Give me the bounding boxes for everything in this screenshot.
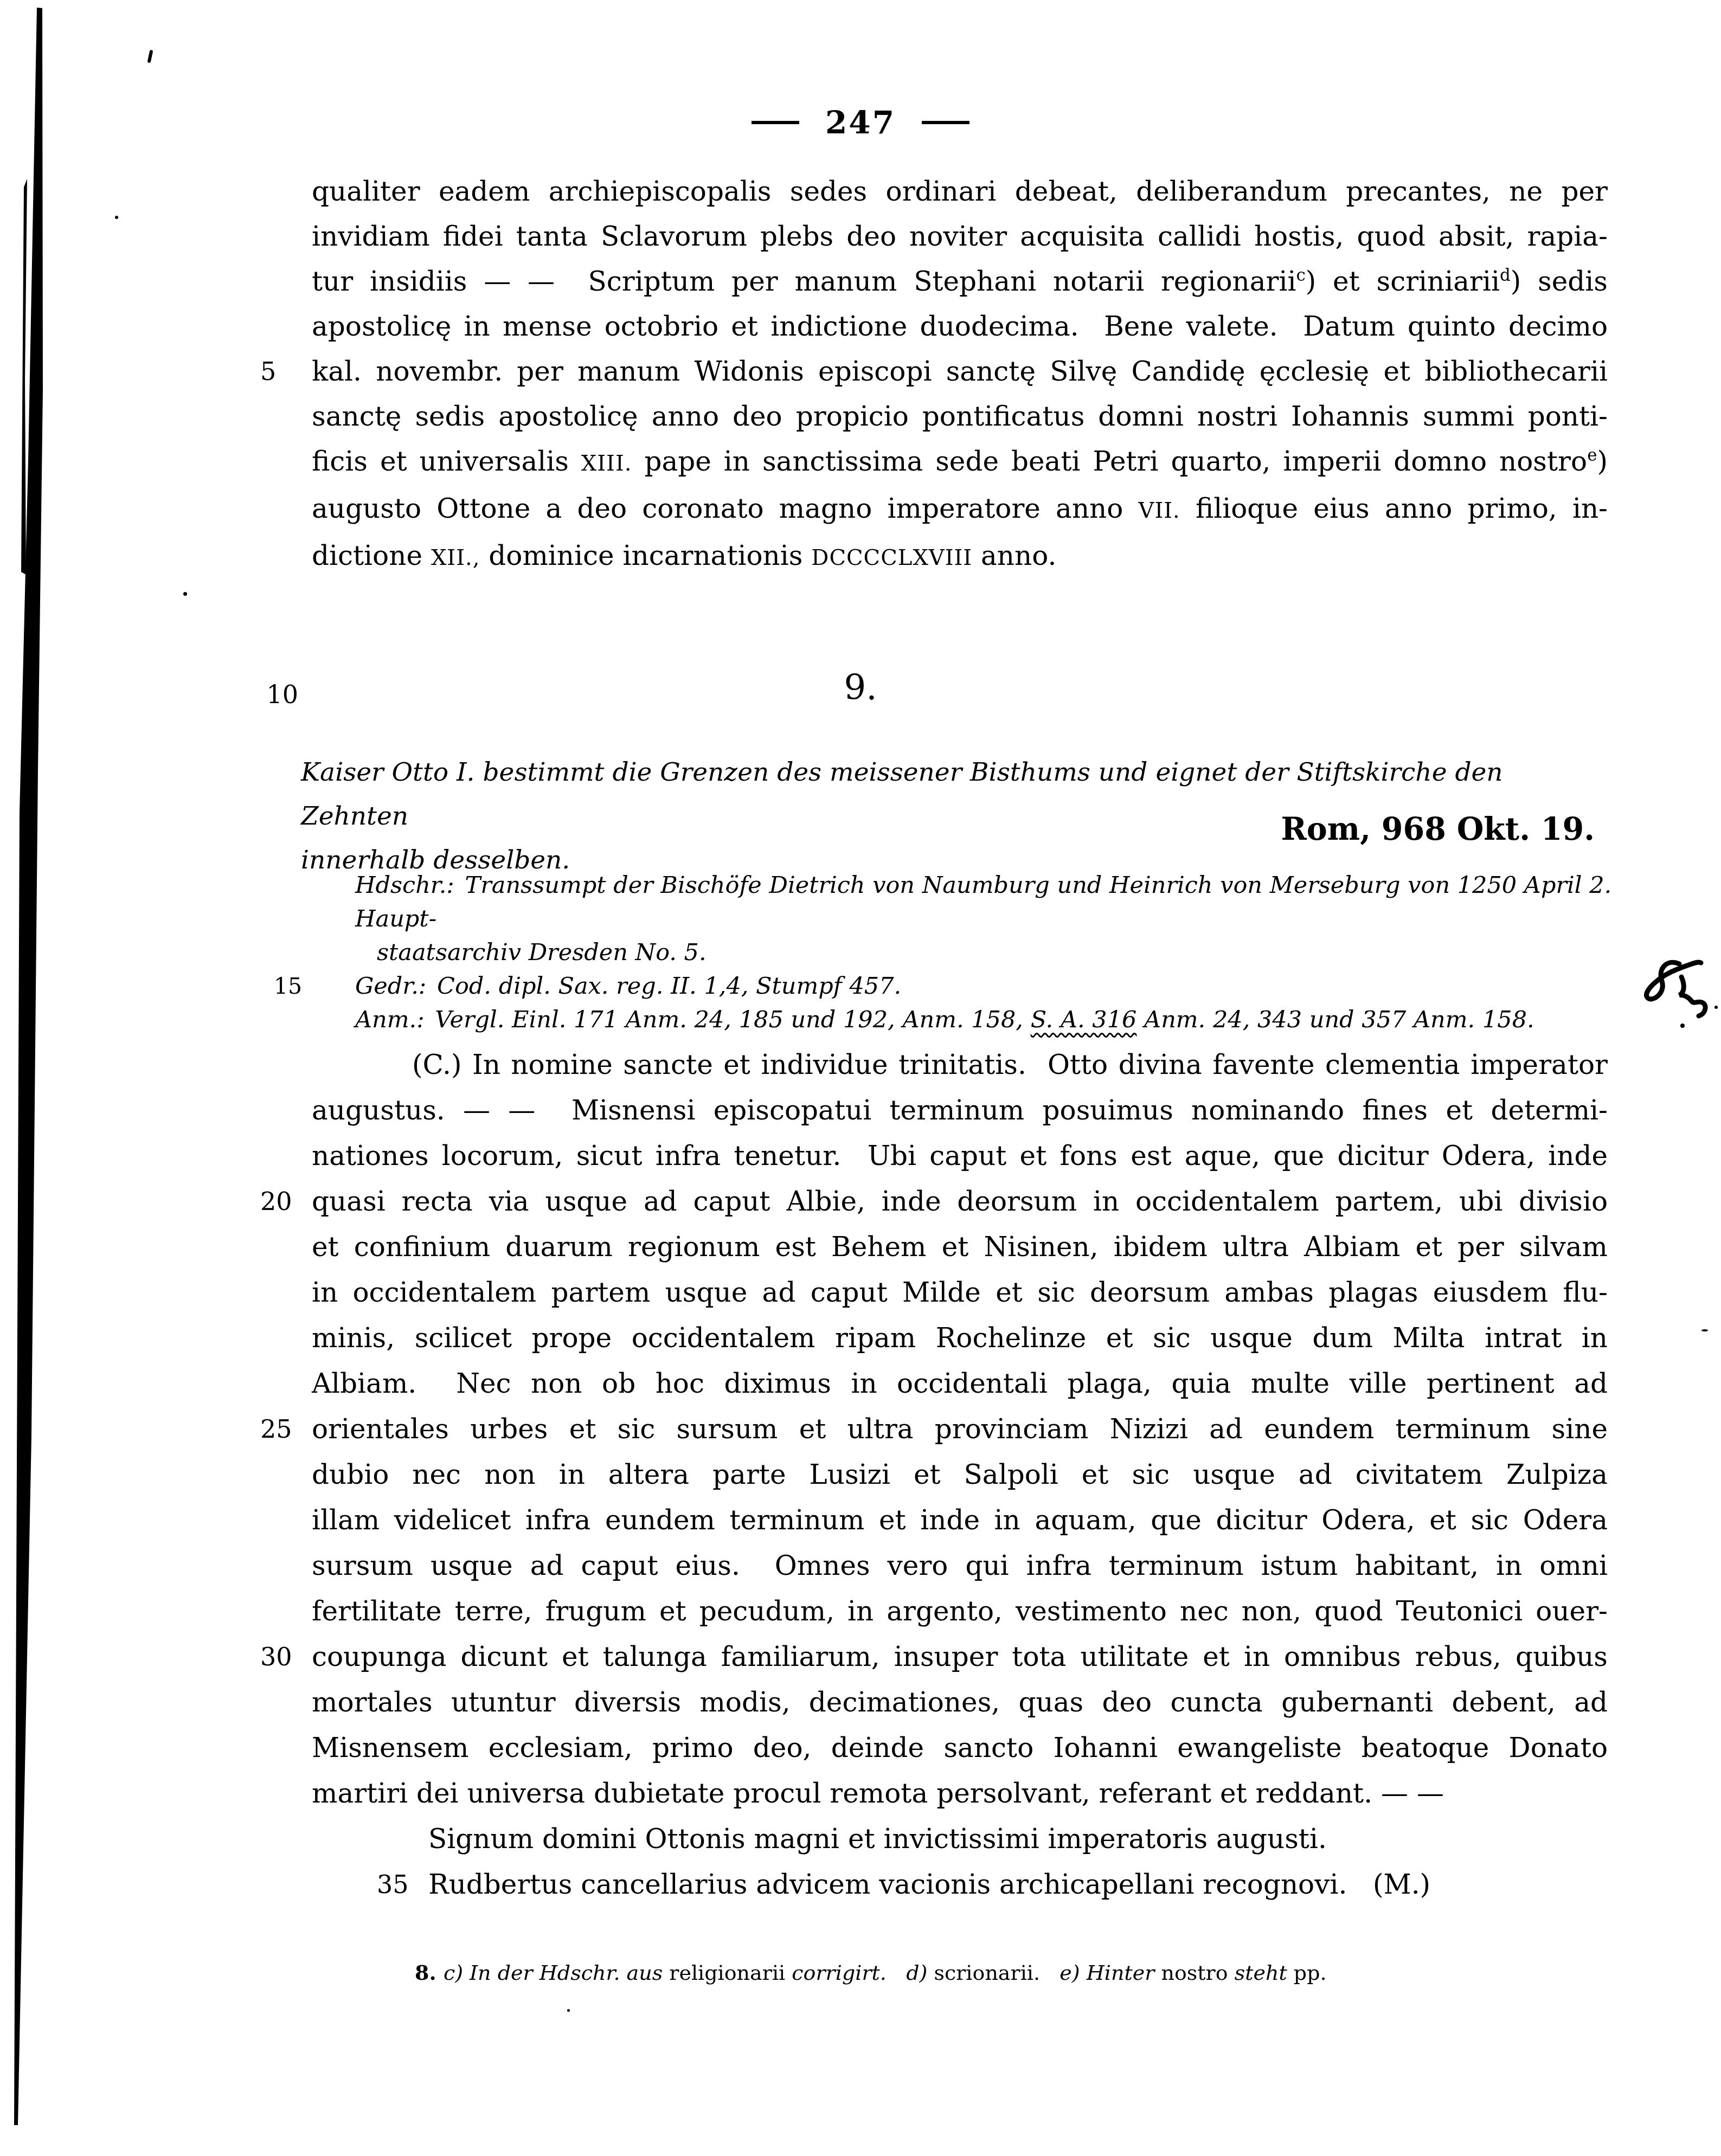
text-run: Rudbertus cancellarius advicem vacionis … [428, 1869, 1430, 1900]
text-run: Anm.: [355, 1006, 432, 1033]
text-run: filioque eius anno primo, in- [1180, 493, 1608, 524]
header-rule-right [922, 121, 969, 124]
text-run: Albiam. Nec non ob hoc diximus in occide… [312, 1368, 1608, 1399]
text-run: Gedr.: [355, 973, 434, 1000]
text-run: e [1587, 446, 1597, 465]
text-run: XII., [431, 545, 480, 570]
text-run: dubio nec non in altera parte Lusizi et … [312, 1459, 1608, 1490]
text-line: Albiam. Nec non ob hoc diximus in occide… [312, 1361, 1608, 1406]
text-run: dominice incarnationis [480, 540, 811, 571]
text-run: ) [1597, 446, 1608, 477]
scan-speck [567, 2009, 570, 2012]
text-run: Misnensem ecclesiam, primo deo, deinde s… [312, 1732, 1608, 1764]
text-run: Cod. dipl. Sax. reg. II. 1,4, Stumpf 457… [437, 973, 901, 1000]
text-run: dictione [312, 540, 431, 571]
text-run: in occidentalem partem usque ad caput Mi… [312, 1277, 1608, 1308]
text-run: ficis et universalis [312, 446, 581, 477]
text-line: 15Gedr.: Cod. dipl. Sax. reg. II. 1,4, S… [355, 969, 1613, 1003]
margin-line-number: 10 [260, 680, 298, 709]
charter-9-text: (C.) In nomine sancte et individue trini… [312, 1042, 1608, 1907]
text-run: sursum usque ad caput eius. Omnes vero q… [312, 1550, 1608, 1581]
scan-speck [115, 216, 118, 219]
text-line: 20quasi recta via usque ad caput Albie, … [312, 1179, 1608, 1224]
scan-speck [147, 50, 153, 63]
margin-line-number: 30 [260, 1634, 298, 1679]
text-run: scrionarii. [934, 1961, 1059, 1985]
text-run: d [1500, 266, 1511, 285]
text-line: dubio nec non in altera parte Lusizi et … [312, 1452, 1608, 1497]
pencil-mark [1629, 943, 1721, 1041]
text-line: dictione XII., dominice incarnationis DC… [312, 533, 1608, 581]
text-line: sanctę sedis apostolicę anno deo propici… [312, 394, 1608, 439]
text-line: fertilitate terre, frugum et pecudum, in… [312, 1588, 1608, 1634]
text-line: ficis et universalis XIII. pape in sanct… [312, 439, 1608, 486]
book-page-scan: 247 qualiter eadem archiepiscopalis sede… [0, 0, 1721, 2156]
text-run: coupunga dicunt et talunga familiarum, i… [312, 1641, 1608, 1672]
text-run: DCCCCLXVIII [811, 545, 972, 570]
binding-shadow-artifact [0, 0, 70, 2156]
text-line: invidiam fidei tanta Sclavorum plebs deo… [312, 214, 1608, 259]
text-run: 8. [415, 1960, 444, 1985]
text-line: Hdschr.: Transsumpt der Bischöfe Dietric… [355, 868, 1613, 936]
apparatus-block: Hdschr.: Transsumpt der Bischöfe Dietric… [355, 868, 1613, 1037]
text-line: 8. c) In der Hdschr. aus religionarii co… [415, 1960, 1412, 1985]
text-line: (C.) In nomine sancte et individue trini… [312, 1042, 1608, 1087]
text-run: Hdschr.: [355, 872, 462, 899]
text-run: Hinter [1087, 1961, 1161, 1985]
text-line: 25orientales urbes et sic sursum et ultr… [312, 1406, 1608, 1452]
footnote: 8. c) In der Hdschr. aus religionarii co… [415, 1960, 1412, 1985]
text-run: staatsarchiv Dresden No. 5. [377, 939, 707, 966]
text-run: et confinium duarum regionum est Behem e… [312, 1231, 1608, 1263]
text-line: Signum domini Ottonis magni et invictiss… [312, 1816, 1608, 1862]
text-run: c [1296, 266, 1305, 285]
text-run: invidiam fidei tanta Sclavorum plebs deo… [312, 221, 1608, 252]
text-line: minis, scilicet prope occidentalem ripam… [312, 1315, 1608, 1361]
text-run: mortales utuntur diversis modis, decimat… [312, 1687, 1608, 1718]
text-run: martiri dei universa dubietate procul re… [312, 1778, 1444, 1809]
text-run: fertilitate terre, frugum et pecudum, in… [312, 1595, 1608, 1627]
text-run: illam videlicet infra eundem terminum et… [312, 1504, 1608, 1536]
text-line: in occidentalem partem usque ad caput Mi… [312, 1270, 1608, 1315]
scan-speck [183, 592, 187, 596]
margin-line-number: 5 [260, 349, 298, 394]
text-line: mortales utuntur diversis modis, decimat… [312, 1679, 1608, 1725]
text-run: augustus. — — Misnensi episcopatui termi… [312, 1095, 1608, 1126]
text-run: nationes locorum, sicut infra tenetur. U… [312, 1140, 1608, 1172]
text-line: sursum usque ad caput eius. Omnes vero q… [312, 1543, 1608, 1588]
text-line: tur insidiis — — Scriptum per manum Step… [312, 259, 1608, 304]
text-line: illam videlicet infra eundem terminum et… [312, 1497, 1608, 1543]
text-line: staatsarchiv Dresden No. 5. [355, 936, 1613, 969]
header-rule-left [752, 121, 799, 124]
text-line: nationes locorum, sicut infra tenetur. U… [312, 1133, 1608, 1179]
text-run: steht [1235, 1961, 1294, 1985]
text-run: ) sedis [1511, 266, 1608, 297]
text-run: VII. [1139, 498, 1180, 523]
entry-number-heading: 9. [0, 668, 1721, 708]
text-line: augustus. — — Misnensi episcopatui termi… [312, 1087, 1608, 1133]
text-run: d) [906, 1961, 934, 1985]
text-line: 5kal. novembr. per manum Widonis episcop… [312, 349, 1608, 394]
text-line: Misnensem ecclesiam, primo deo, deinde s… [312, 1725, 1608, 1771]
text-run: quasi recta via usque ad caput Albie, in… [312, 1186, 1608, 1217]
text-run: anno. [972, 540, 1056, 571]
text-line: apostolicę in mense octobrio et indictio… [312, 304, 1608, 349]
margin-line-number: 15 [274, 969, 299, 1003]
charter-date: Rom, 968 Okt. 19. [1281, 811, 1595, 847]
text-run: Vergl. Einl. 171 Anm. 24, 185 und 192, A… [435, 1006, 1030, 1033]
text-run: corrigirt. [792, 1961, 906, 1985]
text-run: (C.) In nomine sancte et individue trini… [412, 1049, 1608, 1080]
margin-line-number: 35 [260, 1862, 298, 1907]
text-run: Anm. 24, 343 und 357 Anm. 158. [1136, 1006, 1534, 1033]
text-run: qualiter eadem archiepiscopalis sedes or… [312, 176, 1608, 207]
text-run: pape in sanctissima sede beati Petri qua… [632, 446, 1587, 477]
text-run: sanctę sedis apostolicę anno deo propici… [312, 401, 1608, 432]
text-line: Anm.: Vergl. Einl. 171 Anm. 24, 185 und … [355, 1003, 1613, 1037]
text-line: augusto Ottone a deo coronato magno impe… [312, 486, 1608, 533]
text-line: 35Rudbertus cancellarius advicem vacioni… [312, 1862, 1608, 1907]
text-run: e) [1059, 1961, 1086, 1985]
text-run: XIII. [581, 451, 632, 476]
scan-speck [1701, 1329, 1708, 1331]
margin-line-number: 25 [260, 1406, 298, 1452]
page-number: 247 [825, 104, 896, 141]
text-run: orientales urbes et sic sursum et ultra … [312, 1413, 1608, 1445]
text-run: ) et scriniarii [1306, 266, 1500, 297]
text-run: nostro [1161, 1961, 1235, 1985]
charter-8-text-end: qualiter eadem archiepiscopalis sedes or… [312, 169, 1608, 581]
text-run: tur insidiis — — Scriptum per manum Step… [312, 266, 1296, 297]
text-run: minis, scilicet prope occidentalem ripam… [312, 1322, 1608, 1354]
text-run: religionarii [669, 1961, 792, 1985]
text-run: Transsumpt der Bischöfe Dietrich von Nau… [355, 872, 1619, 932]
text-line: et confinium duarum regionum est Behem e… [312, 1224, 1608, 1270]
text-line: martiri dei universa dubietate procul re… [312, 1771, 1608, 1816]
text-line: 30coupunga dicunt et talunga familiarum,… [312, 1634, 1608, 1679]
text-run: c) In der Hdschr. aus [444, 1961, 669, 1985]
text-run: S. A. 316 [1031, 1006, 1137, 1033]
text-run: pp. [1294, 1961, 1327, 1985]
text-run: apostolicę in mense octobrio et indictio… [312, 311, 1608, 342]
text-run: augusto Ottone a deo coronato magno impe… [312, 493, 1139, 524]
text-line: qualiter eadem archiepiscopalis sedes or… [312, 169, 1608, 214]
text-run: kal. novembr. per manum Widonis episcopi… [312, 356, 1608, 387]
text-run: Signum domini Ottonis magni et invictiss… [428, 1823, 1327, 1855]
running-head: 247 [0, 104, 1721, 141]
margin-line-number: 20 [260, 1179, 298, 1224]
